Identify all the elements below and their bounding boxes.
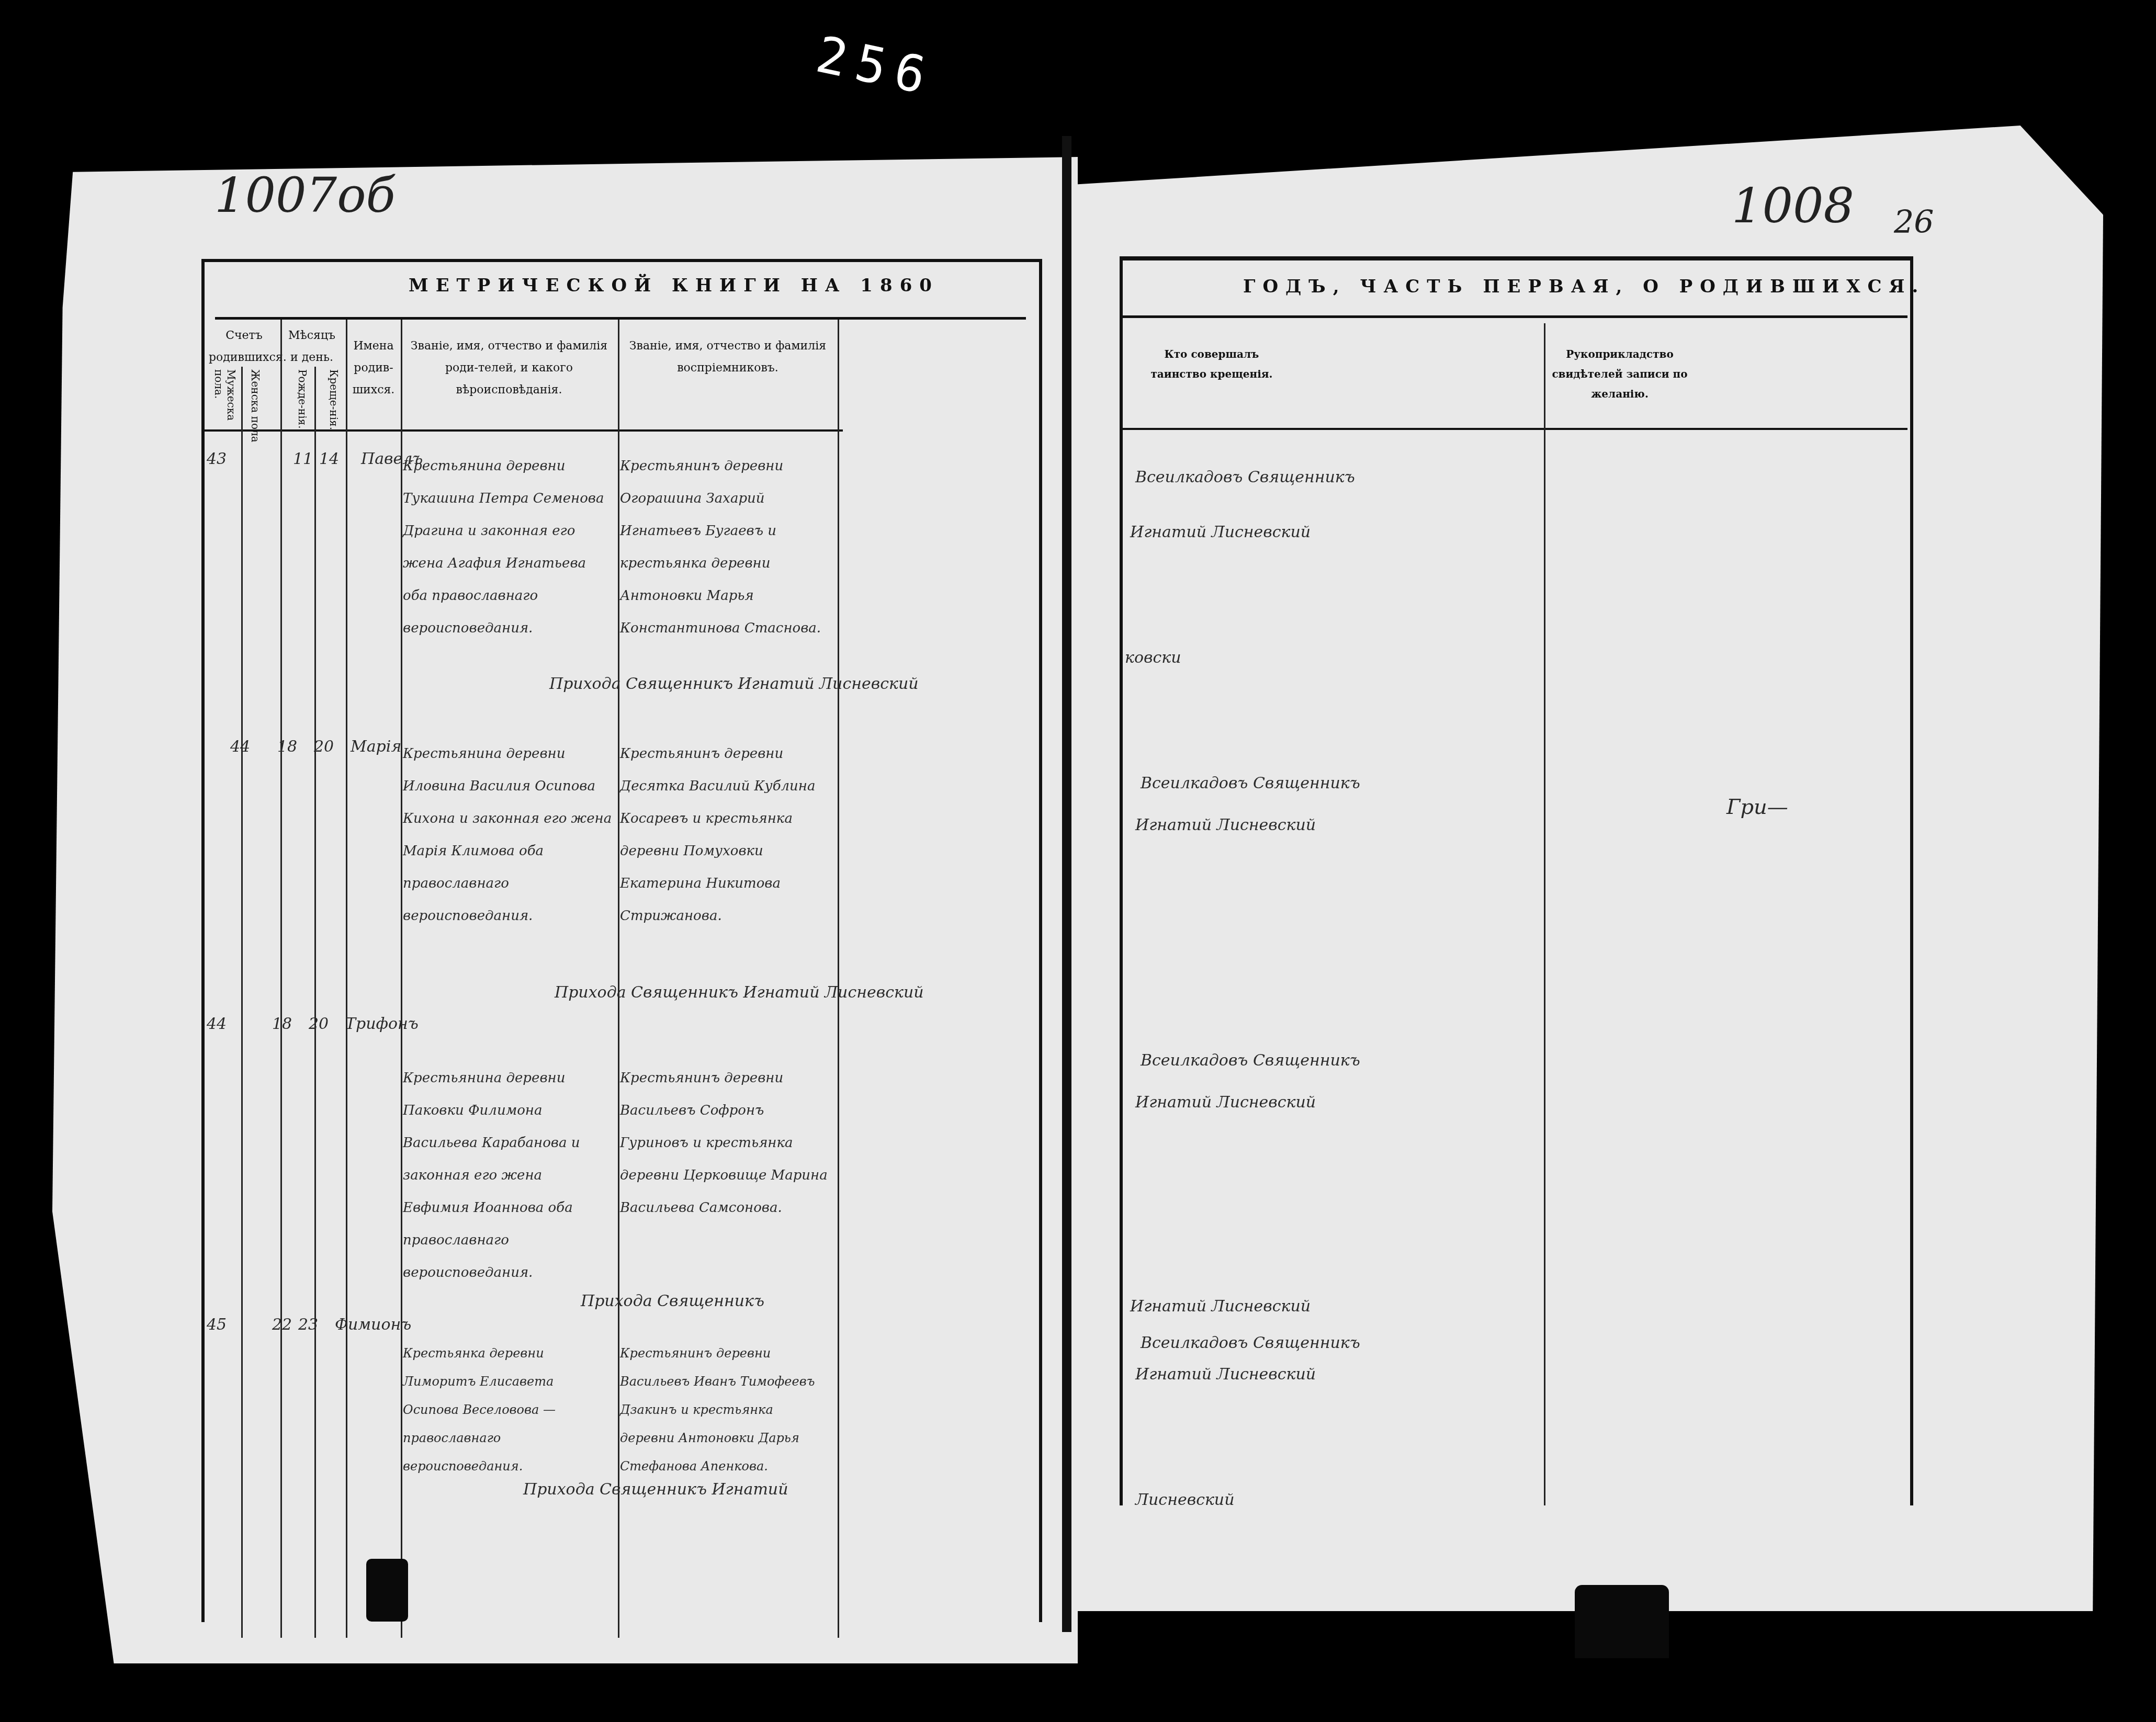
left-page-title: МЕТРИЧЕСКОЙ КНИГИ НА 1860: [409, 275, 939, 296]
right-archive-number: 1008: [1732, 178, 1854, 234]
col-performer: Кто совершалъ таинство крещенія.: [1144, 344, 1280, 384]
frame-number: 256: [811, 25, 940, 107]
right-archive-subnumber: 26: [1894, 204, 1934, 241]
right-continuation-2: Игнатий Лисневский: [1130, 1297, 1311, 1316]
right-register-table: ГОДЪ, ЧАСТЬ ПЕРВАЯ, О РОДИВШИХСЯ. Кто со…: [1120, 256, 1913, 1505]
col-names: Имена родив-шихся.: [350, 335, 397, 401]
col-count-female: Женска пола: [249, 369, 262, 448]
book-gutter: [1062, 136, 1071, 1632]
col-count-male: Мужеска пола.: [212, 369, 238, 448]
right-continuation-3: Лисневский: [1135, 1491, 1235, 1509]
col-date-group: Мѣсяцъ и день.: [286, 325, 338, 369]
right-continuation-1: ковски: [1125, 649, 1181, 667]
col-witnesses: Рукоприкладство свидѣтелей записи по жел…: [1541, 344, 1698, 404]
book-clip-left: [366, 1559, 408, 1622]
col-count-group: Счетъ родившихся.: [209, 325, 279, 369]
book-clip: [1575, 1585, 1669, 1658]
col-date-birth: Рожде-нія.: [296, 369, 309, 448]
col-date-baptism: Креще-нія.: [328, 369, 340, 448]
col-godparents: Званіе, имя, отчество и фамилія воспріем…: [623, 335, 832, 379]
right-page-title: ГОДЪ, ЧАСТЬ ПЕРВАЯ, О РОДИВШИХСЯ.: [1243, 276, 1925, 297]
witness-signature: Гри—: [1726, 795, 1788, 819]
left-archive-number: 1007об: [215, 167, 396, 223]
col-parents: Званіе, имя, отчество и фамилія роди-тел…: [404, 335, 614, 401]
